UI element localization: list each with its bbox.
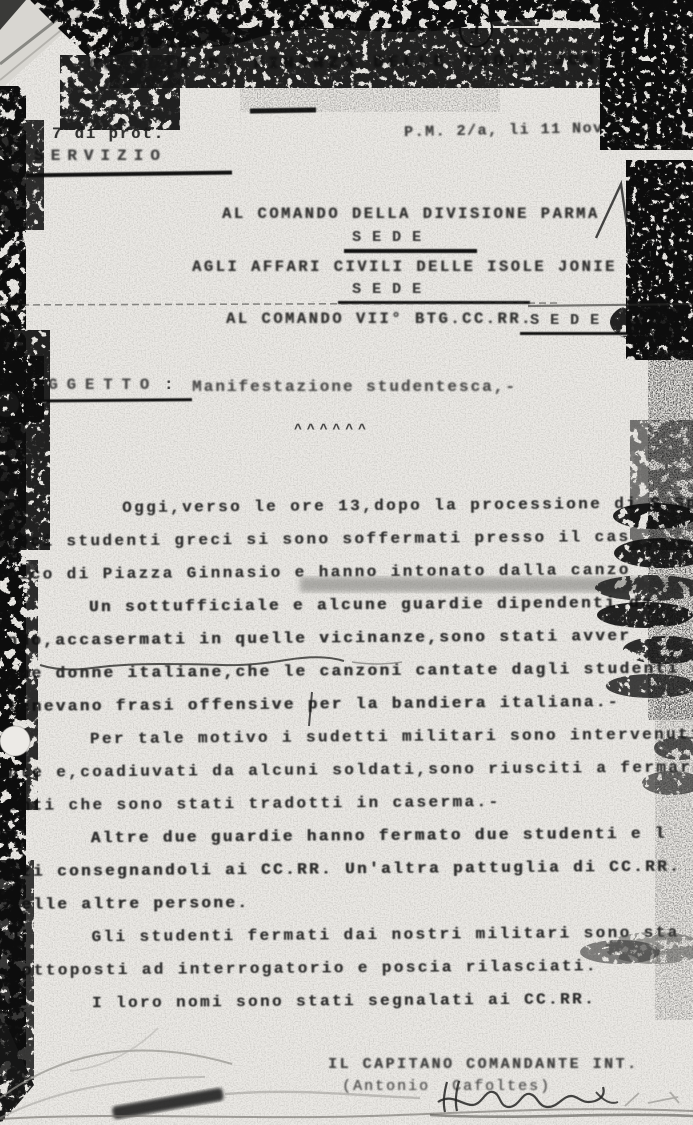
signature-typed-name: (Antonio Cafoltes) [342,1078,551,1095]
divider-marks: ^^^^^^ [294,422,371,437]
classification-underline [26,171,232,178]
letterhead-unit: GUARDIA DI FINANZA DELLE ISOLE JONIE [88,51,628,76]
body-line: Gli studenti fermati dai nostri militari… [3,923,693,961]
body-line: sottoposti ad interrogatorio e poscia ri… [4,956,693,994]
recipient-3-seat: SEDE [530,312,610,329]
recipient-1-seat: SEDE [352,229,432,246]
protocol-number: 7 di prot. [52,125,165,143]
scanned-document-page: 1 GUARDIA DI FINANZA DELLE ISOLE JONIE 7… [0,0,693,1125]
classification-word: SERVIZIO [34,147,167,165]
subject-underline [0,398,192,403]
body-line: Per tale motivo i sudetti militari sono … [2,725,693,763]
body-line: Oggi,verso le ore 13,dopo la processione… [0,495,693,533]
body-line: une donne italiane,che le canzoni cantat… [1,659,693,697]
body-line: roci studenti greci si sono soffermati p… [0,528,693,566]
letterhead-divider-dash [250,107,316,113]
body-line: I loro nomi sono stati segnalati ai CC.R… [4,989,693,1027]
body-line: Altre due guardie hanno fermato due stud… [3,824,693,862]
recipient-2-seat-underline [338,301,530,304]
subject-label: OGGETTO [30,376,158,394]
recipient-2: AGLI AFFARI CIVILI DELLE ISOLE JONIE [192,258,617,276]
body-line: ezi consegnandoli ai CC.RR. Un'altra pat… [3,857,693,895]
body-line: nte e,coadiuvati da alcuni soldati,sono … [2,758,693,796]
body-line: tico di Piazza Ginnasio e hanno intonato… [1,561,693,599]
subject-text: Manifestazione studentesca,- [192,378,517,396]
body-line: tenevano frasi offensive per la bandiera… [2,692,693,730]
subject-separator: : [164,376,173,394]
recipient-3-seat-underline [520,332,642,335]
place-date-line: P.M. 2/a, li 11 Nov. [404,120,614,141]
recipient-1: AL COMANDO DELLA DIVISIONE PARMA [222,205,600,223]
body-line: Un sottufficiale e alcune guardie dipend… [1,593,693,631]
body-line: ndo,accasermati in quelle vicinanze,sono… [1,626,693,664]
recipient-3: AL COMANDO VII° BTG.CC.RR. [226,310,533,328]
body-line: delle altre persone. [3,890,693,928]
body-text: Oggi,verso le ore 13,dopo la processione… [0,495,693,1028]
page-number-circled: 1 [456,7,496,50]
recipient-1-seat-underline [344,249,477,253]
signature-title: IL CAPITANO COMANDANTE INT. [328,1056,639,1073]
body-line: enti che sono stati tradotti in caserma.… [2,791,693,829]
recipient-2-seat: SEDE [352,281,432,298]
